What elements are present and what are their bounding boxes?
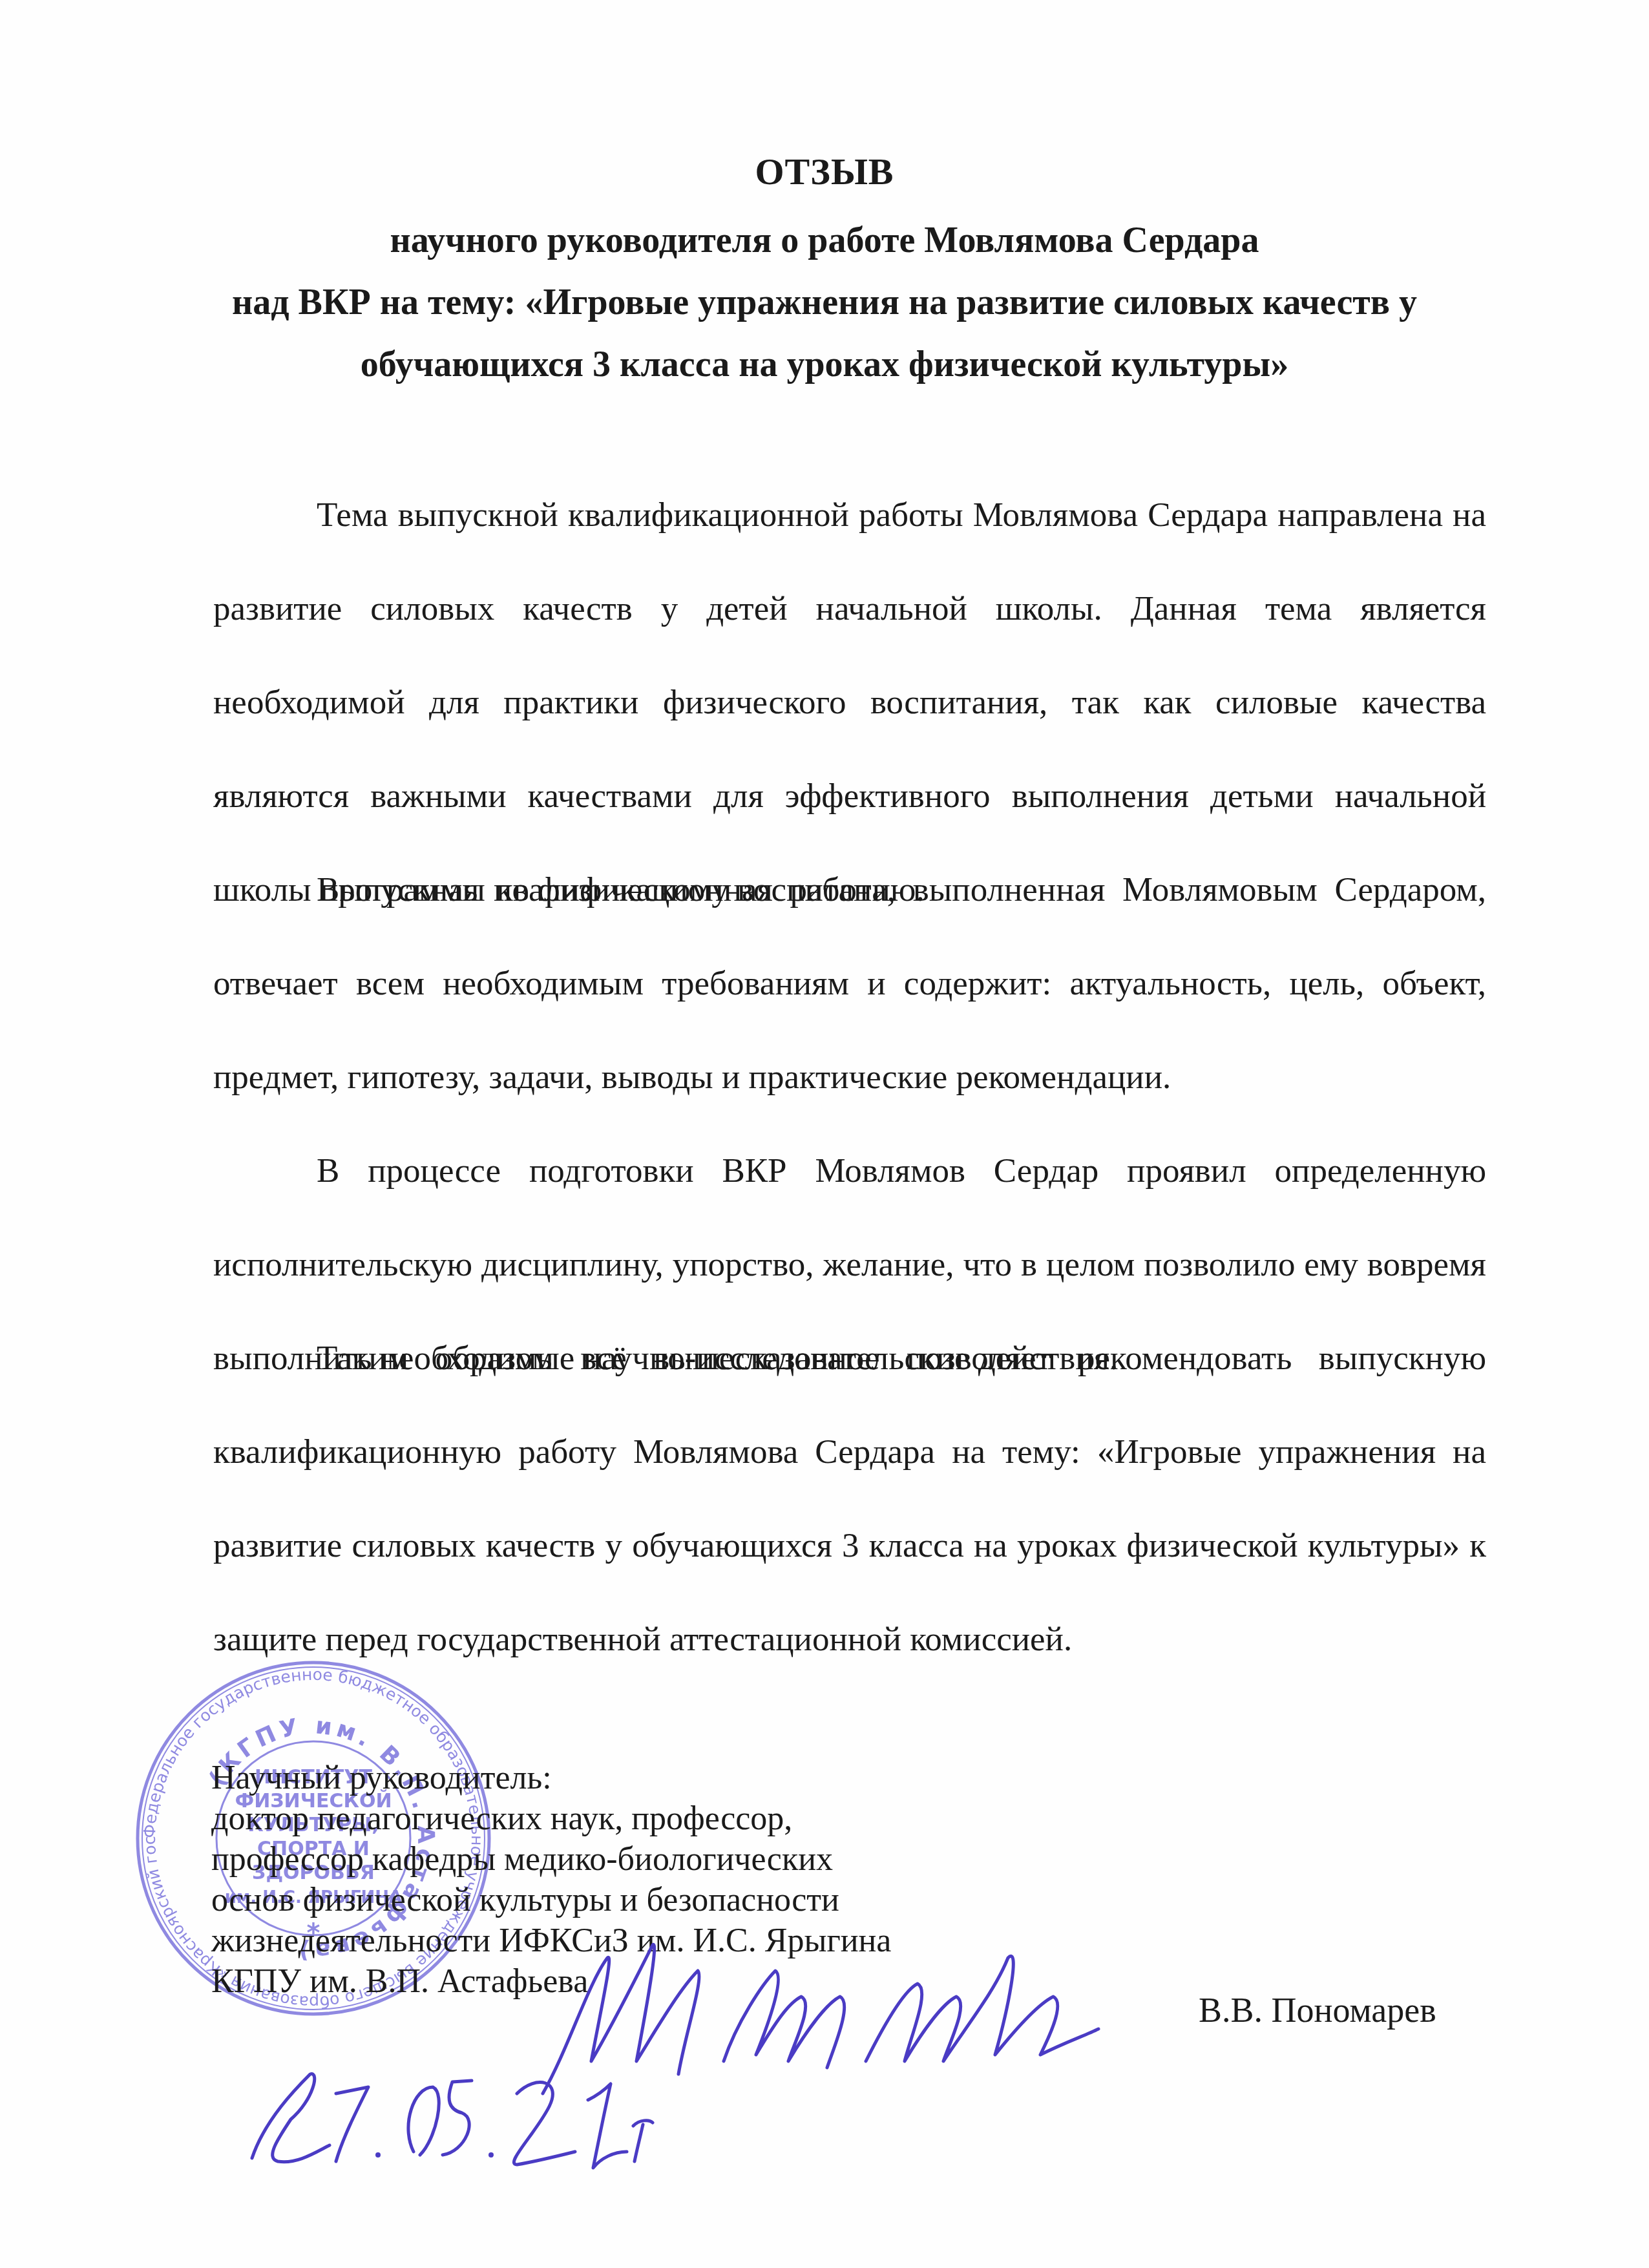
document-title: ОТЗЫВ — [0, 150, 1649, 193]
signer-department: основ физической культуры и безопасности — [211, 1880, 891, 1920]
body-paragraph: Выпускная квалификационная работа, выпол… — [213, 843, 1486, 1124]
body-paragraph-2-wrapper: Выпускная квалификационная работа, выпол… — [213, 843, 1486, 1124]
subtitle-line-2: над ВКР на тему: «Игровые упражнения на … — [0, 282, 1649, 323]
handwritten-date-icon — [239, 2048, 691, 2178]
body-paragraph: Таким образом всё вышесказанное позволяе… — [213, 1312, 1486, 1686]
signer-name: В.В. Пономарев — [1199, 1990, 1436, 2030]
document-page: ОТЗЫВ научного руководителя о работе Мов… — [0, 0, 1649, 2268]
body-paragraph-4-wrapper: Таким образом всё вышесказанное позволяе… — [213, 1312, 1486, 1686]
signer-role: Научный руководитель: — [211, 1758, 891, 1798]
signer-degree: доктор педагогических наук, профессор, — [211, 1798, 891, 1839]
subtitle-line-1: научного руководителя о работе Мовлямова… — [0, 220, 1649, 261]
signer-position: профессор кафедры медико-биологических — [211, 1839, 891, 1880]
subtitle-line-3: обучающихся 3 класса на уроках физическо… — [0, 344, 1649, 385]
